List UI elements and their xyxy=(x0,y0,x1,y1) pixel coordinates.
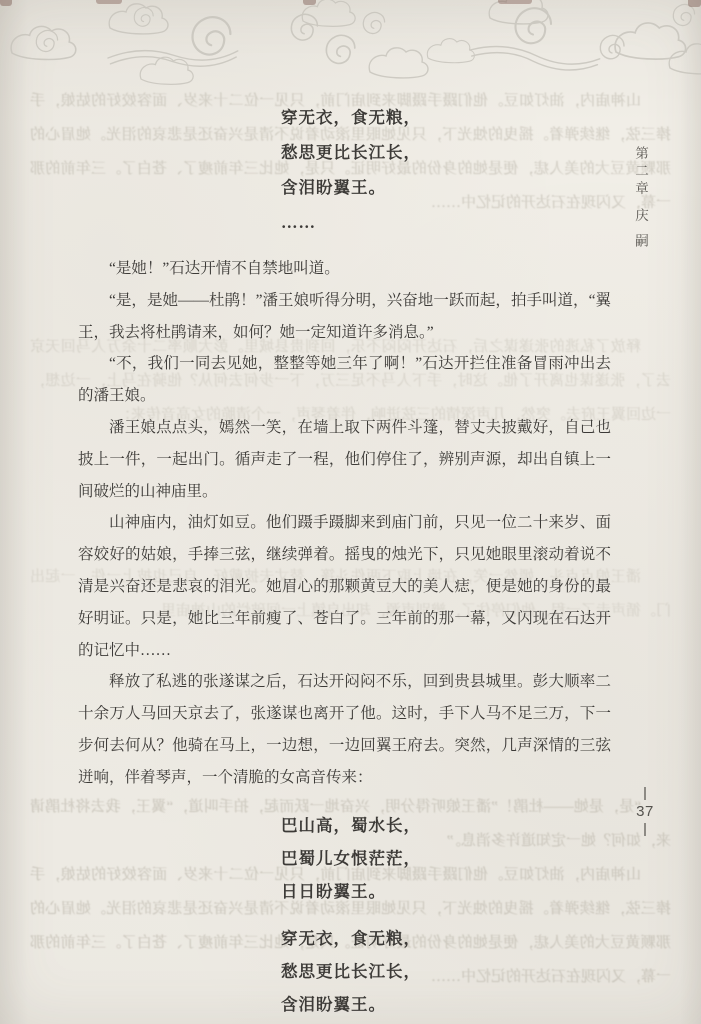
paragraph: “是她！”石达开情不自禁地叫道。 xyxy=(78,253,611,285)
paragraph: 潘王娘点点头，嫣然一笑，在墙上取下两件斗篷，替丈夫披戴好，自己也披上一件，一起出… xyxy=(78,412,611,507)
text-column: 穿无衣，食无粮， 愁思更比长江长， 含泪盼翼王。 …… “是她！”石达开情不自禁… xyxy=(78,0,611,1021)
song-verse-2: 穿无衣，食无粮， 愁思更比长江长， 含泪盼翼王。 xyxy=(281,922,611,1021)
chapter-marker: 第二章庆嗣 xyxy=(630,146,650,259)
paragraph: “不，我们一同去见她，整整等她三年了啊！”石达开拦住准备冒雨冲出去的潘王娘。 xyxy=(78,348,611,412)
page-number: 37 xyxy=(624,787,666,836)
song-verse-1: 巴山高，蜀水长， 巴蜀儿女恨茫茫， 日日盼翼王。 xyxy=(281,809,611,908)
chapter-title: 庆嗣 xyxy=(633,208,648,259)
verse-ellipsis: …… xyxy=(281,205,611,240)
verse-line: 巴山高，蜀水长， xyxy=(281,809,611,842)
body-text: “是她！”石达开情不自禁地叫道。 “是，是她——杜鹃！”潘王娘听得分明，兴奋地一… xyxy=(78,253,611,794)
folio-number: 37 xyxy=(636,803,654,820)
paragraph: 山神庙内，油灯如豆。他们蹑手蹑脚来到庙门前，只见一位二十来岁、面容姣好的姑娘，手… xyxy=(78,507,611,666)
verse-line: 含泪盼翼王。 xyxy=(281,170,611,205)
paragraph: “是，是她——杜鹃！”潘王娘听得分明，兴奋地一跃而起，拍手叫道，“翼王，我去将杜… xyxy=(78,285,611,349)
chapter-number: 第二章 xyxy=(633,146,648,199)
verse-line: 巴蜀儿女恨茫茫， xyxy=(281,842,611,875)
opening-verse: 穿无衣，食无粮， 愁思更比长江长， 含泪盼翼王。 …… xyxy=(281,100,611,240)
verse-line: 穿无衣，食无粮， xyxy=(281,922,611,955)
verse-line: 含泪盼翼王。 xyxy=(281,988,611,1021)
folio-dash xyxy=(644,787,646,800)
verse-line: 愁思更比长江长， xyxy=(281,135,611,170)
verse-line: 日日盼翼王。 xyxy=(281,875,611,908)
verse-line: 穿无衣，食无粮， xyxy=(281,100,611,135)
scan-artifact xyxy=(688,0,701,7)
scan-artifact xyxy=(0,0,12,6)
paragraph: 释放了私逃的张遂谋之后，石达开闷闷不乐，回到贵县城里。彭大顺率二十余万人马回天京… xyxy=(78,666,611,793)
folio-dash xyxy=(644,823,646,836)
book-page: 山神庙内，油灯如豆。他们蹑手蹑脚来到庙门前，只见一位二十来岁、面容姣好的姑娘，手… xyxy=(0,0,701,1024)
verse-line: 愁思更比长江长， xyxy=(281,955,611,988)
